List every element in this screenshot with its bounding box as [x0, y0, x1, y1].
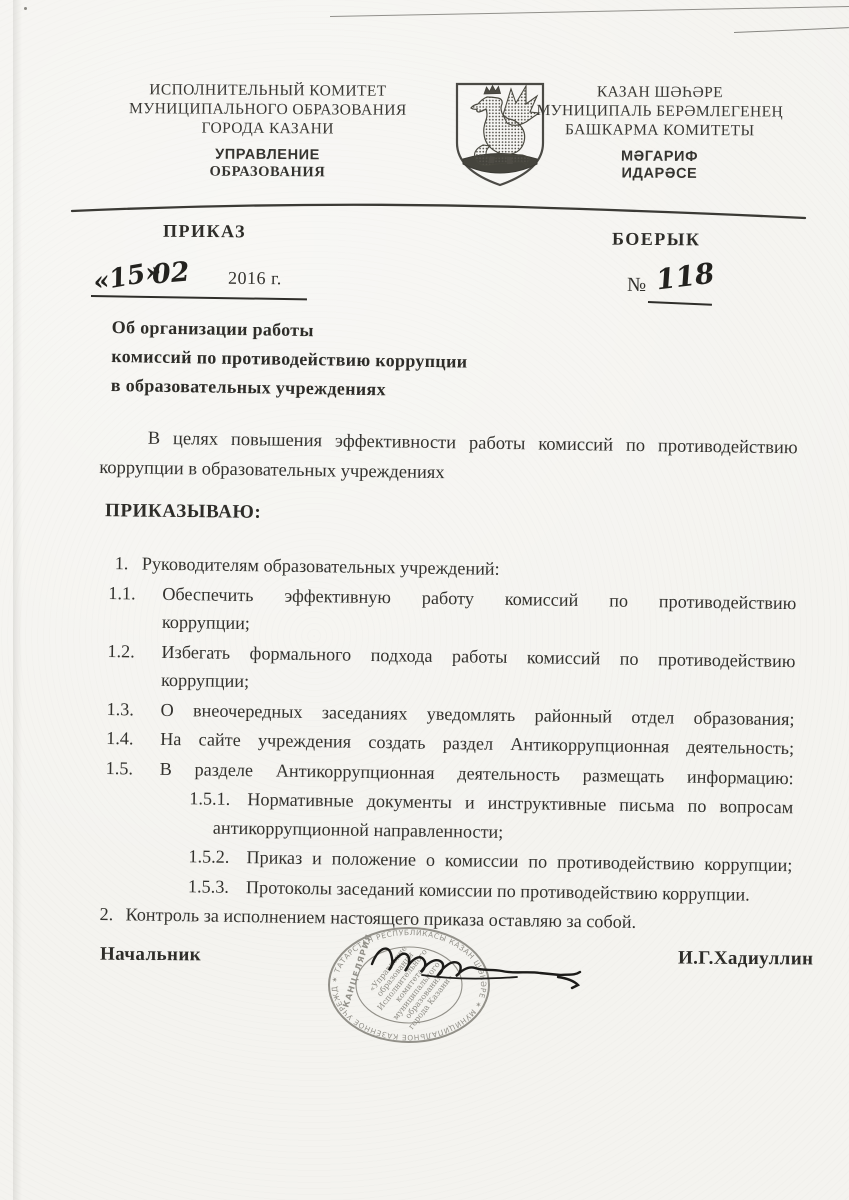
- signature-scribble-icon: [362, 928, 612, 995]
- dept-line: ОБРАЗОВАНИЯ: [103, 163, 431, 182]
- org-line: МУНИЦИПАЛЬНОГО ОБРАЗОВАНИЯ: [104, 99, 432, 120]
- item-number: 1.5.3.: [188, 872, 246, 901]
- org-line: БАШКАРМА КОМИТЕТЫ: [534, 120, 786, 141]
- signer-position: Начальник: [100, 944, 201, 967]
- scan-artifact-dot: [24, 7, 27, 10]
- scanned-order-document: ИСПОЛНИТЕЛЬНЫЙ КОМИТЕТ МУНИЦИПАЛЬНОГО ОБ…: [0, 0, 849, 1200]
- list-item: 1.5.1. Нормативные документы и инструкти…: [101, 783, 794, 850]
- signer-name: И.Г.Хадиуллин: [678, 948, 814, 971]
- dept-line: УПРАВЛЕНИЕ: [103, 146, 431, 165]
- order-title-ru: ПРИКАЗ: [163, 221, 246, 243]
- date-underline: [91, 295, 307, 300]
- number-label: №: [627, 274, 646, 297]
- item-number: 1.1.: [108, 579, 163, 637]
- item-number: 2.: [99, 900, 125, 929]
- org-line: МУНИЦИПАЛЬ БЕРӘМЛЕГЕНЕҢ: [534, 101, 786, 122]
- item-text: Руководителям образовательных учреждений…: [142, 554, 500, 579]
- decree-word: ПРИКАЗЫВАЮ:: [105, 500, 262, 524]
- org-line: ГОРОДА КАЗАНИ: [104, 118, 432, 139]
- scan-artifact-line: [734, 27, 849, 33]
- order-items-list: 1. Руководителям образовательных учрежде…: [99, 549, 797, 940]
- date-year: 2016 г.: [228, 268, 282, 290]
- order-subject: Об организации работы комиссий по против…: [111, 313, 632, 408]
- item-number: 1.5.2.: [188, 842, 246, 871]
- item-number: 1.: [115, 549, 142, 578]
- list-item: 1.1. Обеспечить эффективную работу комис…: [104, 578, 797, 645]
- item-number: 1.3.: [106, 695, 160, 724]
- handwritten-date-month: 02: [151, 256, 191, 290]
- scan-edge-shading: [13, 0, 22, 1200]
- org-line: КАЗАН ШӘҺӘРЕ: [534, 82, 786, 103]
- number-underline: [648, 301, 712, 305]
- intro-paragraph: В целях повышения эффективности работы к…: [99, 423, 798, 493]
- scan-artifact-line: [330, 6, 849, 17]
- letterhead-org-russian: ИСПОЛНИТЕЛЬНЫЙ КОМИТЕТ МУНИЦИПАЛЬНОГО ОБ…: [103, 80, 432, 182]
- dept-line: ИДАРӘСЕ: [533, 165, 785, 184]
- dept-line: МӘГАРИФ: [533, 148, 785, 167]
- org-line: ИСПОЛНИТЕЛЬНЫЙ КОМИТЕТ: [104, 80, 432, 101]
- letterhead-org-tatar: КАЗАН ШӘҺӘРЕ МУНИЦИПАЛЬ БЕРӘМЛЕГЕНЕҢ БАШ…: [533, 82, 786, 184]
- order-title-tt: БОЕРЫК: [612, 229, 701, 251]
- handwritten-order-number: 118: [654, 257, 716, 297]
- item-number: 1.2.: [107, 637, 162, 695]
- list-item: 1.2. Избегать формального подхода работы…: [103, 636, 796, 703]
- item-number: 1.5.: [106, 754, 160, 783]
- item-number: 1.4.: [106, 724, 160, 753]
